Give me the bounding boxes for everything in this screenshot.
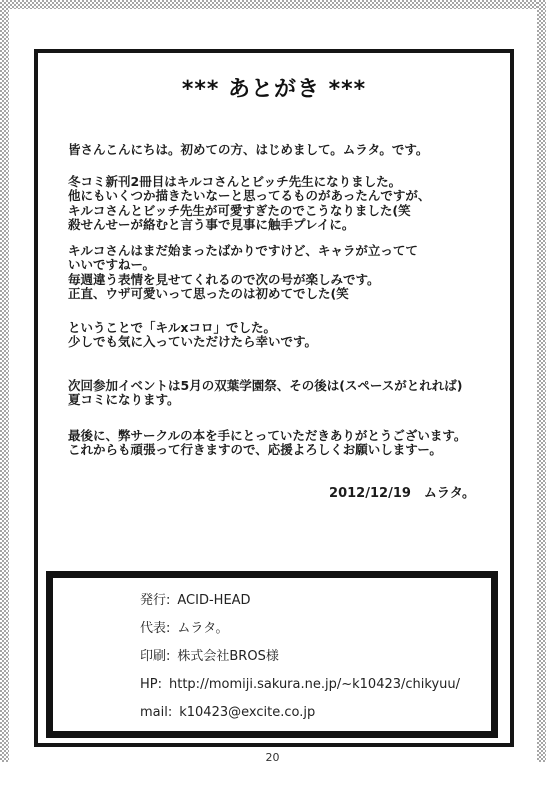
colophon-row-printer: 印刷:株式会社BROS様: [140, 643, 491, 671]
paragraph-new-book: 冬コミ新刊2冊目はキルコさんとビッチ先生になりました。 他にもいくつか描きたいな…: [68, 175, 510, 233]
halftone-border-left: [0, 0, 9, 762]
printer-value: 株式会社BROS様: [177, 649, 278, 664]
paragraph-character: キルコさんはまだ始まったばかりですけど、キャラが立ってて いいですねー。 毎週違…: [68, 244, 510, 302]
colophon-row-publisher: 発行:ACID-HEAD: [140, 587, 491, 615]
scanned-afterword-page: *** あとがき *** 皆さんこんにちは。初めての方、はじめまして。ムラタ。で…: [0, 0, 557, 800]
representative-label: 代表:: [140, 621, 170, 636]
page-number: 20: [0, 751, 545, 764]
body-line: 正直、ウザ可愛いって思ったのは初めてでした(笑: [68, 287, 510, 302]
paragraph-thanks: 最後に、弊サークルの本を手にとっていただきありがとうございます。 これからも頑張…: [68, 429, 510, 458]
representative-value: ムラタ。: [177, 621, 228, 636]
signature-date: 2012/12/19 ムラタ。: [68, 487, 510, 502]
homepage-label: HP:: [140, 677, 162, 692]
body-line: 皆さんこんにちは。初めての方、はじめまして。ムラタ。です。: [68, 142, 428, 157]
body-line: 最後に、弊サークルの本を手にとっていただきありがとうございます。: [68, 429, 510, 444]
body-line: ということで「キルxコロ」でした。: [68, 321, 510, 336]
paragraph-closing-remark: ということで「キルxコロ」でした。 少しでも気に入っていただけたら幸いです。: [68, 321, 510, 350]
body-line: 殺せんせーが絡むと言う事で見事に触手プレイに。: [68, 218, 510, 233]
body-line: キルコさんとビッチ先生が可愛すぎたのでこうなりました(笑: [68, 204, 510, 219]
body-line: キルコさんはまだ始まったばかりですけど、キャラが立ってて: [68, 244, 510, 259]
halftone-border-right: [537, 0, 546, 762]
homepage-url: http://momiji.sakura.ne.jp/~k10423/chiky…: [169, 677, 460, 692]
halftone-border-bottom: [0, 0, 546, 9]
printer-label: 印刷:: [140, 649, 170, 664]
body-line: 少しでも気に入っていただけたら幸いです。: [68, 335, 510, 350]
publisher-label: 発行:: [140, 593, 170, 608]
colophon-row-homepage: HP:http://momiji.sakura.ne.jp/~k10423/ch…: [140, 671, 491, 699]
paragraph-next-event: 次回参加イベントは5月の双葉学園祭、その後は(スペースがとれれば) 夏コミになり…: [68, 379, 510, 408]
afterword-body: 皆さんこんにちは。初めての方、はじめまして。ムラタ。です。 冬コミ新刊2冊目はキ…: [68, 143, 510, 501]
body-line: いいですねー。: [68, 258, 510, 273]
body-line: 冬コミ新刊2冊目はキルコさんとビッチ先生になりました。: [68, 175, 510, 190]
body-line: 毎週違う表情を見せてくれるので次の号が楽しみです。: [68, 273, 510, 288]
colophon-row-mail: mail:k10423@excite.co.jp: [140, 699, 491, 727]
mail-address: k10423@excite.co.jp: [179, 705, 315, 720]
paragraph-greeting: 皆さんこんにちは。初めての方、はじめまして。ムラタ。です。: [68, 143, 510, 158]
body-line: 他にもいくつか描きたいなーと思ってるものがあったんですが、: [68, 189, 510, 204]
page-title: *** あとがき ***: [34, 72, 514, 103]
body-line: 次回参加イベントは5月の双葉学園祭、その後は(スペースがとれれば): [68, 379, 510, 394]
colophon-box: 発行:ACID-HEAD 代表:ムラタ。 印刷:株式会社BROS様 HP:htt…: [46, 571, 498, 738]
colophon-row-representative: 代表:ムラタ。: [140, 615, 491, 643]
mail-label: mail:: [140, 705, 172, 720]
body-line: 夏コミになります。: [68, 393, 510, 408]
body-line: これからも頑張って行きますので、応援よろしくお願いしますー。: [68, 443, 510, 458]
publisher-value: ACID-HEAD: [177, 593, 250, 608]
